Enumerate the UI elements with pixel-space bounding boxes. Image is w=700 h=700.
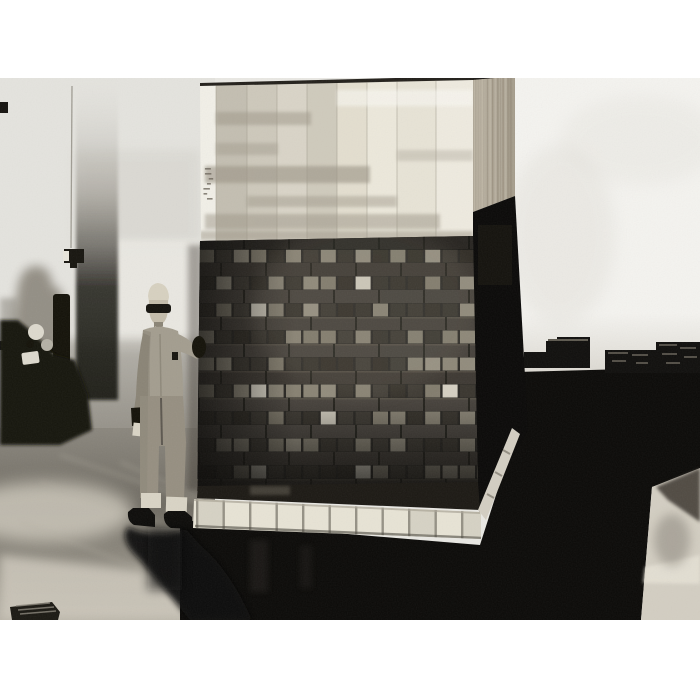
photo-border-bottom — [0, 620, 700, 700]
screenshot-root — [0, 0, 700, 700]
photo-border-top — [0, 0, 700, 78]
film-grain — [0, 78, 700, 620]
photograph — [0, 0, 700, 700]
